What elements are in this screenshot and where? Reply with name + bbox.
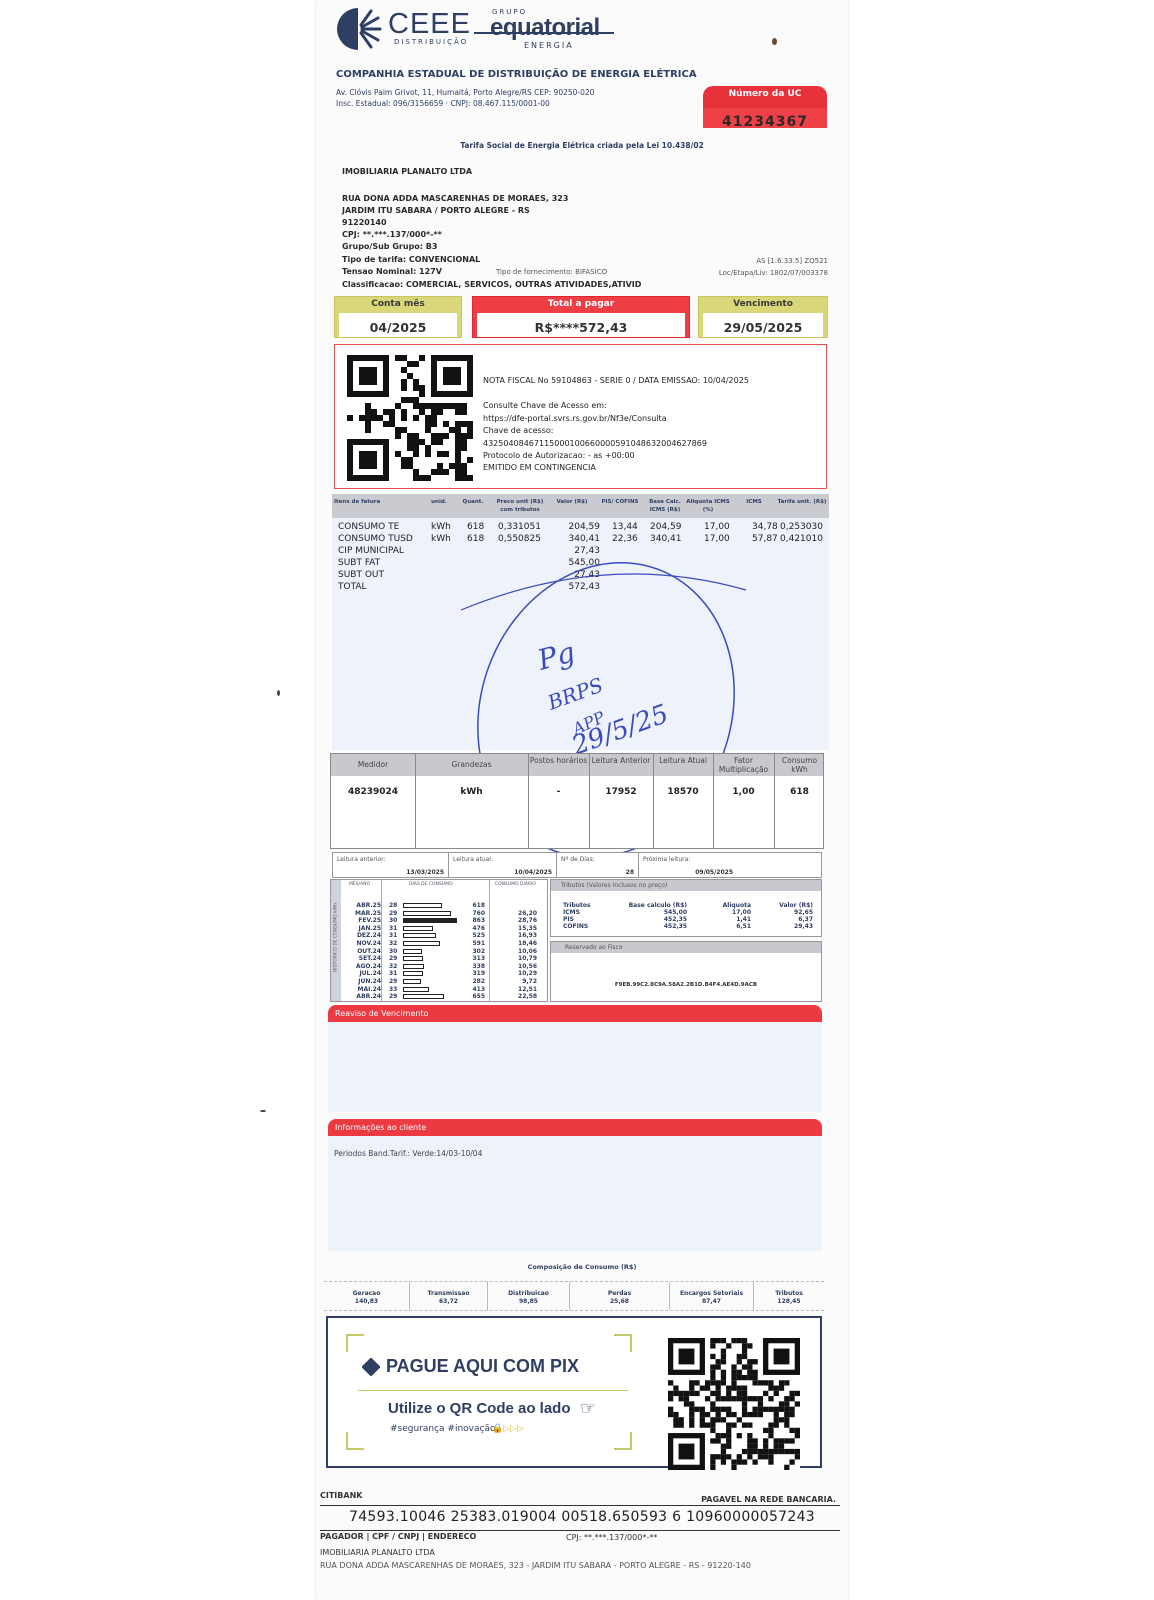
items-header-cell: unid.: [424, 498, 454, 506]
customer-tipo-tarifa: Tipo de tarifa: CONVENCIONAL: [342, 255, 480, 264]
items-table-header: Itens de faturaunid.Quant.Preco unit (R$…: [332, 494, 829, 518]
items-cell-valor: 27,43: [574, 570, 600, 580]
history-row: SET.242931310,79: [331, 955, 549, 962]
meter-header-cell: Medidor: [331, 760, 415, 769]
history-daily: 10,29: [518, 970, 537, 977]
nota-fiscal-box: NOTA FISCAL No 59104863 - SERIE 0 / DATA…: [334, 344, 827, 489]
items-cell-item: TOTAL: [338, 582, 367, 592]
uc-number: 41234367: [703, 114, 827, 130]
items-header-cell: Preco unit (R$) com tributos: [492, 498, 548, 514]
history-row: AGO.243233810,56: [331, 963, 549, 970]
history-bar: [403, 949, 422, 954]
nf-contingencia: EMITIDO EM CONTINGENCIA: [483, 462, 596, 475]
history-days: 28: [389, 902, 397, 909]
items-header-cell: Valor (R$): [550, 498, 594, 506]
history-days: 31: [389, 925, 397, 932]
reservado-fisco-box: Reservado ao Fisco F9EB.99C2.8C9A.58A2.2…: [550, 941, 822, 1002]
proxima-leitura-cell: Próxima leitura: 09/05/2025: [639, 853, 823, 877]
history-month: ABR.24: [356, 993, 381, 1000]
history-days: 29: [389, 993, 397, 1000]
history-month: MAR.25: [355, 910, 381, 917]
items-cell-item: CONSUMO TUSD: [338, 534, 413, 544]
fisco-title: Reservado ao Fisco: [551, 942, 821, 953]
pix-qr-code-icon[interactable]: [668, 1338, 800, 1470]
tributos-cell: 6,37: [798, 916, 813, 923]
uc-label: Número da UC: [703, 89, 827, 99]
customer-name: IMOBILIARIA PLANALTO LTDA: [342, 167, 472, 176]
meter-table-header: MedidorGrandezasPostos horáriosLeitura A…: [331, 754, 823, 776]
brand-equatorial: equatorial: [490, 14, 600, 42]
composicao-item: Encargos Setoriais87,47: [670, 1282, 754, 1310]
customer-grupo: Grupo/Sub Grupo: B3: [342, 242, 437, 251]
meter-header-cell: Leitura Anterior: [589, 756, 653, 765]
items-header-cell: Itens de fatura: [334, 498, 394, 506]
company-name: COMPANHIA ESTADUAL DE DISTRIBUIÇÃO DE EN…: [336, 69, 697, 80]
composicao-value: 128,45: [754, 1298, 824, 1305]
items-cell-tarifa: 0,421010: [780, 534, 823, 544]
leitura-anterior-value: 13/03/2025: [406, 869, 444, 876]
items-table-row: CONSUMO TUSDkWh6180,550825340,4122,36340…: [332, 534, 852, 546]
customer-street: RUA DONA ADDA MASCARENHAS DE MORAES, 323: [342, 194, 568, 203]
frame-corner: [614, 1432, 632, 1450]
items-table-row: SUBT OUT27,43: [332, 570, 852, 582]
pagador-label: PAGADOR | CPF / CNPJ | ENDERECO: [320, 1532, 476, 1541]
pix-title: PAGUE AQUI COM PIX: [386, 1356, 579, 1377]
tributos-cell: 452,35: [664, 923, 687, 930]
items-cell-base: 340,41: [650, 534, 682, 544]
history-month: FEV.25: [358, 917, 381, 924]
uc-number-box: Número da UC 41234367: [703, 86, 827, 128]
items-table-row: SUBT FAT545,00: [332, 558, 852, 570]
brand-ceee: CEEE: [388, 8, 471, 41]
customer-cep: 91220140: [342, 218, 387, 227]
meter-value-cell: 1,00: [713, 788, 774, 797]
history-daily: 10,79: [518, 955, 537, 962]
nf-chave-label: Chave de acesso:: [483, 425, 553, 438]
leitura-atual-label: Leitura atual:: [453, 856, 493, 863]
tributos-cell: Valor (R$): [779, 902, 813, 909]
history-col-mes: MÊS/ANO: [349, 882, 370, 887]
pagador-cpj: CPJ: **.***.137/000*-**: [566, 1533, 657, 1542]
column-divider: [653, 754, 654, 848]
composicao-value: 63,72: [410, 1298, 487, 1305]
pointing-hand-icon: ☞: [580, 1398, 596, 1419]
nf-consulte: Consulte Chave de Acesso em:: [483, 400, 607, 413]
history-kwh: 302: [472, 948, 485, 955]
meter-header-cell: Fator Multiplicação: [713, 756, 774, 774]
history-row: ABR.2528618: [331, 902, 549, 909]
history-days: 31: [389, 932, 397, 939]
history-days: 31: [389, 970, 397, 977]
history-row: OUT.243030210,06: [331, 948, 549, 955]
customer-classificacao: Classificacao: COMERCIAL, SERVICOS, OUTR…: [342, 280, 641, 289]
tributos-cell: PIS: [563, 916, 574, 923]
history-daily: 18,46: [518, 940, 537, 947]
history-row: JAN.253147615,35: [331, 925, 549, 932]
items-cell-quant: 618: [467, 534, 484, 544]
composicao-value: 25,68: [570, 1298, 669, 1305]
tributos-row: PIS452,351,416,37: [551, 916, 821, 923]
items-header-cell: Base Calc. ICMS (R$): [642, 498, 688, 514]
total-a-pagar-box: Total a pagar R$****572,43: [472, 296, 690, 338]
composicao-label: Encargos Setoriais: [670, 1290, 753, 1297]
items-table-row: CIP MUNICIPAL27,43: [332, 546, 852, 558]
items-header-cell: Quant.: [458, 498, 488, 506]
tributos-title: Tributos (Valores inclusos no preço): [551, 880, 821, 891]
composicao-row: Geracao140,83Transmissao63,72Distribuica…: [324, 1281, 824, 1311]
tributos-row: TributosBase calculo (R$)AliquotaValor (…: [551, 902, 821, 909]
company-address: Av. Clóvis Paim Grivot, 11, Humaitá, Por…: [336, 87, 594, 109]
history-row: MAI.243341312,51: [331, 986, 549, 993]
tributos-cell: 29,43: [794, 923, 813, 930]
history-month: NOV.24: [357, 940, 381, 947]
pagavel-notice: PAGAVEL NA REDE BANCARIA.: [701, 1495, 836, 1504]
items-cell-pis: 22,36: [612, 534, 638, 544]
items-cell-aliq: 17,00: [704, 522, 730, 532]
customer-cpj: CPJ: **.***.137/000*-**: [342, 230, 442, 239]
leitura-anterior-label: Leitura anterior:: [337, 856, 386, 863]
history-bar: [403, 926, 433, 931]
history-kwh: 618: [472, 902, 485, 909]
items-cell-quant: 618: [467, 522, 484, 532]
linha-digitavel[interactable]: 74593.10046 25383.019004 00518.650593 6 …: [316, 1509, 848, 1525]
history-days: 29: [389, 978, 397, 985]
history-days: 33: [389, 986, 397, 993]
nf-protocolo: Protocolo de Autorizacao: - as +00:00: [483, 450, 635, 463]
history-month: JAN.25: [358, 925, 381, 932]
pix-logo-icon: [362, 1358, 380, 1376]
items-cell-icms: 34,78: [752, 522, 778, 532]
customer-tensao: Tensao Nominal: 127V: [342, 267, 442, 276]
history-kwh: 319: [472, 970, 485, 977]
history-kwh: 338: [472, 963, 485, 970]
tributos-cell: 6,51: [736, 923, 751, 930]
tributos-box: Tributos (Valores inclusos no preço) Tri…: [550, 879, 822, 937]
composicao-value: 140,83: [324, 1298, 409, 1305]
history-month: SET.24: [359, 955, 381, 962]
history-days: 29: [389, 910, 397, 917]
history-month: OUT.24: [357, 948, 381, 955]
tributos-cell: Aliquota: [723, 902, 751, 909]
conta-mes-box: Conta mês 04/2025: [334, 296, 462, 338]
history-bar: [403, 903, 442, 908]
vencimento-box: Vencimento 29/05/2025: [698, 296, 828, 338]
scan-speck: [772, 38, 777, 45]
vencimento-label: Vencimento: [699, 297, 827, 312]
items-cell-icms: 57,87: [752, 534, 778, 544]
history-row: JUN.24292829,72: [331, 978, 549, 985]
history-daily: 12,51: [518, 986, 537, 993]
items-cell-valor: 340,41: [569, 534, 601, 544]
pagador-address: RUA DONA ADDA MASCARENHAS DE MORAES, 323…: [320, 1561, 751, 1570]
items-cell-valor: 27,43: [574, 546, 600, 556]
items-header-cell: Aliquota ICMS (%): [686, 498, 730, 514]
pagador-name: IMOBILIARIA PLANALTO LTDA: [320, 1548, 435, 1557]
bandeira-tarifaria-info: Periodos Band.Tarif.: Verde:14/03-10/04: [334, 1149, 482, 1158]
history-kwh: 525: [472, 932, 485, 939]
history-daily: 22,58: [518, 993, 537, 1000]
composicao-label: Tributos: [754, 1290, 824, 1297]
items-header-cell: Tarifa unit. (R$): [776, 498, 828, 506]
meter-header-cell: Grandezas: [415, 760, 528, 769]
tributos-cell: 545,00: [664, 909, 687, 916]
history-daily: 10,06: [518, 948, 537, 955]
history-month: ABR.25: [356, 902, 381, 909]
items-cell-aliq: 17,00: [704, 534, 730, 544]
history-kwh: 591: [472, 940, 485, 947]
leitura-anterior-cell: Leitura anterior: 13/03/2025: [333, 853, 449, 877]
items-cell-item: SUBT FAT: [338, 558, 380, 568]
composicao-item: Distribuicao98,85: [488, 1282, 570, 1310]
history-month: MAI.24: [358, 986, 381, 993]
history-month: AGO.24: [356, 963, 381, 970]
reaviso-header: Reaviso de Vencimento: [328, 1005, 822, 1022]
history-kwh: 760: [472, 910, 485, 917]
items-table-row: CONSUMO TEkWh6180,331051204,5913,44204,5…: [332, 522, 852, 534]
history-kwh: 655: [472, 993, 485, 1000]
composicao-title: Composição de Consumo (R$): [316, 1263, 848, 1271]
history-bar: [403, 956, 423, 961]
dias-label: Nº de Dias:: [561, 856, 595, 863]
tributos-row: ICMS545,0017,0092,65: [551, 909, 821, 916]
history-month: JUL.24: [359, 970, 381, 977]
items-cell-valor: 572,43: [569, 582, 601, 592]
conta-mes-value: 04/2025: [339, 313, 457, 337]
tributos-cell: 452,35: [664, 916, 687, 923]
history-bar: [403, 979, 421, 984]
company-ids: Insc. Estadual: 096/3156659 · CNPJ: 08.4…: [336, 98, 594, 109]
history-daily: 10,56: [518, 963, 537, 970]
history-kwh: 476: [472, 925, 485, 932]
tributos-cell: Tributos: [563, 902, 591, 909]
customer-tipo-fornecimento: Tipo de fornecimento: BIFASICO: [496, 268, 607, 276]
scan-speck: [260, 1110, 266, 1112]
history-days: 32: [389, 940, 397, 947]
pix-tags: #segurança #inovação: [390, 1424, 496, 1434]
brand-ceee-subtitle: DISTRIBUIÇÃO: [394, 38, 468, 46]
history-days: 32: [389, 963, 397, 970]
items-cell-item: CIP MUNICIPAL: [338, 546, 404, 556]
composicao-item: Transmissao63,72: [410, 1282, 488, 1310]
items-cell-base: 204,59: [650, 522, 682, 532]
history-bar: [403, 971, 423, 976]
items-cell-unid: kWh: [431, 522, 451, 532]
history-daily: 9,72: [522, 978, 537, 985]
total-label: Total a pagar: [473, 297, 689, 312]
meter-value-cell: 618: [774, 788, 825, 797]
company-street: Av. Clóvis Paim Grivot, 11, Humaitá, Por…: [336, 87, 594, 98]
nf-chave-value: 4325040846711500010066000059104863200462…: [483, 438, 707, 451]
pix-separator: [358, 1390, 628, 1391]
composicao-value: 98,85: [488, 1298, 569, 1305]
loc-etapa: Loc/Etapa/Liv: 1802/07/003378: [719, 269, 828, 277]
leitura-atual-value: 10/04/2025: [514, 869, 552, 876]
vencimento-value: 29/05/2025: [703, 313, 823, 337]
lock-arrows-icon: 🔒▷▷▷: [492, 1424, 524, 1434]
bank-name: CITIBANK: [320, 1491, 362, 1500]
history-days: 30: [389, 948, 397, 955]
tributos-cell: ICMS: [563, 909, 580, 916]
items-cell-item: CONSUMO TE: [338, 522, 399, 532]
nf-portal-link[interactable]: https://dfe-portal.svrs.rs.gov.br/Nf3e/C…: [483, 413, 667, 426]
history-row: DEZ.243152516,93: [331, 932, 549, 939]
column-divider: [415, 754, 416, 848]
meter-header-cell: Postos horários: [528, 756, 589, 765]
tarifa-social-notice: Tarifa Social de Energia Elétrica criada…: [316, 141, 848, 150]
items-cell-tarifa: 0,253030: [780, 522, 823, 532]
informacoes-header: Informações ao cliente: [328, 1119, 822, 1136]
history-daily: 15,35: [518, 925, 537, 932]
total-value: R$****572,43: [477, 313, 685, 337]
ceee-logo-icon: [334, 6, 382, 52]
history-bar: [403, 933, 436, 938]
history-daily: 28,76: [518, 917, 537, 924]
composicao-label: Distribuicao: [488, 1290, 569, 1297]
fisco-code: F9EB.99C2.8C9A.58A2.2B1D.B4F4.AE4D.9ACB: [551, 982, 821, 988]
meter-value-cell: 18570: [653, 788, 713, 797]
divider: [320, 1505, 840, 1506]
history-daily: 26,20: [518, 910, 537, 917]
frame-corner: [614, 1334, 632, 1352]
history-kwh: 282: [472, 978, 485, 985]
history-bar: [403, 918, 457, 923]
pix-subtitle: Utilize o QR Code ao lado: [388, 1400, 571, 1417]
frame-corner: [346, 1334, 364, 1352]
history-bar: [403, 964, 424, 969]
column-divider: [713, 754, 714, 848]
nf-number: NOTA FISCAL No 59104863 - SERIE 0 / DATA…: [483, 375, 749, 388]
dias-cell: Nº de Dias: 28: [557, 853, 639, 877]
history-bar: [403, 987, 429, 992]
scan-speck: [277, 690, 280, 696]
history-col-dias: DIAS DE CONSUMO: [409, 882, 453, 887]
items-cell-preco: 0,550825: [498, 534, 541, 544]
history-row: FEV.253086328,76: [331, 917, 549, 924]
composicao-item: Geracao140,83: [324, 1282, 410, 1310]
meter-header-cell: Leitura Atual: [653, 756, 713, 765]
composicao-item: Perdas25,68: [570, 1282, 670, 1310]
history-row: NOV.243259118,46: [331, 940, 549, 947]
history-row: JUL.243131910,29: [331, 970, 549, 977]
tributos-row: COFINS452,356,5129,43: [551, 923, 821, 930]
meter-table: MedidorGrandezasPostos horáriosLeitura A…: [330, 753, 824, 849]
tributos-cell: 92,65: [794, 909, 813, 916]
nfe-qr-code-icon[interactable]: [347, 355, 473, 481]
history-bar: [403, 994, 444, 999]
tributos-cell: COFINS: [563, 923, 588, 930]
history-month: JUN.24: [358, 978, 381, 985]
column-divider: [381, 880, 382, 1001]
meter-header-cell: Consumo kWh: [774, 756, 825, 774]
items-cell-valor: 545,00: [569, 558, 601, 568]
composicao-value: 87,47: [670, 1298, 753, 1305]
history-kwh: 313: [472, 955, 485, 962]
items-cell-item: SUBT OUT: [338, 570, 384, 580]
dias-value: 28: [626, 869, 634, 876]
reading-dates-strip: Leitura anterior: 13/03/2025 Leitura atu…: [332, 852, 822, 878]
composicao-label: Perdas: [570, 1290, 669, 1297]
frame-corner: [346, 1432, 364, 1450]
column-divider: [774, 754, 775, 848]
column-divider: [489, 880, 490, 1001]
items-table-row: TOTAL572,43: [332, 582, 852, 594]
tributos-cell: 17,00: [732, 909, 751, 916]
items-table-body: CONSUMO TEkWh6180,331051204,5913,44204,5…: [332, 518, 829, 750]
proxima-leitura-label: Próxima leitura:: [643, 856, 690, 863]
reaviso-area: [328, 1022, 822, 1112]
items-header-cell: PIS/ COFINS: [600, 498, 640, 506]
as-code: AS [1.6.33.5] ZQ521: [756, 257, 828, 265]
customer-district: JARDIM ITU SABARA / PORTO ALEGRE - RS: [342, 206, 530, 215]
composicao-item: Tributos128,45: [754, 1282, 824, 1310]
consumption-history: HISTÓRICO DE CONSUMO kWh MÊS/ANO DIAS DE…: [330, 879, 548, 1002]
items-cell-pis: 13,44: [612, 522, 638, 532]
proxima-leitura-value: 09/05/2025: [695, 869, 733, 876]
meter-value-cell: -: [528, 788, 589, 797]
conta-mes-label: Conta mês: [335, 297, 461, 312]
brand-energia: ENERGIA: [524, 41, 574, 50]
items-cell-unid: kWh: [431, 534, 451, 544]
column-divider: [528, 754, 529, 848]
history-daily: 16,93: [518, 932, 537, 939]
electricity-bill-document: CEEE DISTRIBUIÇÃO GRUPO equatorial ENERG…: [316, 0, 848, 1600]
history-row: ABR.242965522,58: [331, 993, 549, 1000]
composicao-label: Geracao: [324, 1290, 409, 1297]
history-bar: [403, 941, 440, 946]
history-month: DEZ.24: [357, 932, 381, 939]
tributos-cell: Base calculo (R$): [629, 902, 687, 909]
tributos-cell: 1,41: [736, 916, 751, 923]
history-days: 30: [389, 917, 397, 924]
history-bar: [403, 911, 451, 916]
composicao-label: Transmissao: [410, 1290, 487, 1297]
history-col-diario: CONSUMO DIÁRIO: [495, 882, 536, 887]
meter-value-cell: 48239024: [331, 788, 415, 797]
items-header-cell: ICMS: [736, 498, 772, 506]
history-kwh: 413: [472, 986, 485, 993]
column-divider: [589, 754, 590, 848]
history-row: MAR.252976026,20: [331, 910, 549, 917]
history-days: 29: [389, 955, 397, 962]
history-kwh: 863: [472, 917, 485, 924]
meter-value-cell: kWh: [415, 788, 528, 797]
meter-value-cell: 17952: [589, 788, 653, 797]
items-cell-preco: 0,331051: [498, 522, 541, 532]
leitura-atual-cell: Leitura atual: 10/04/2025: [449, 853, 557, 877]
items-cell-valor: 204,59: [569, 522, 601, 532]
pix-payment-box: PAGUE AQUI COM PIX Utilize o QR Code ao …: [326, 1316, 822, 1468]
divider: [320, 1530, 840, 1531]
